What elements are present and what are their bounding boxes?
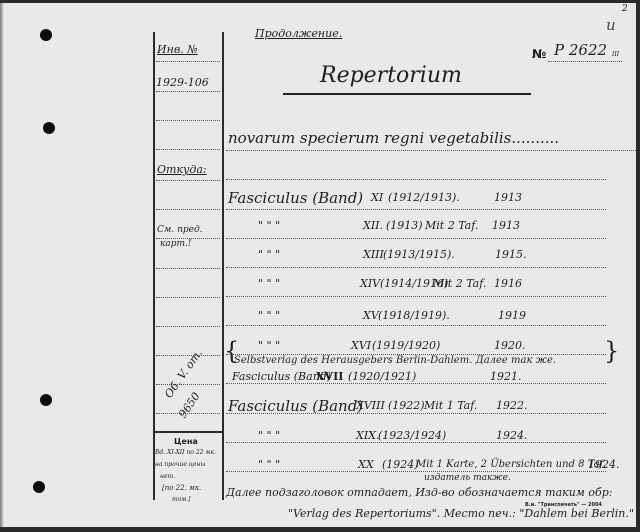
right-rule — [226, 267, 606, 268]
price-section-divider — [153, 431, 223, 433]
left-rule — [156, 297, 220, 298]
title: Repertorium — [320, 63, 462, 88]
left-rule — [156, 61, 220, 62]
footer-insert-note: издатель также. — [424, 473, 511, 483]
right-rule — [226, 383, 606, 384]
punch-hole-1 — [40, 29, 52, 41]
see-previous-note: См. пред. — [157, 225, 203, 235]
number-rule — [548, 61, 622, 62]
corner-page-mark: 2 — [622, 4, 628, 14]
right-rule — [226, 325, 606, 326]
right-rule — [226, 209, 606, 210]
inventory-label: Инв. № — [157, 43, 198, 56]
left-rule — [156, 209, 220, 210]
number-label: № — [532, 47, 546, 61]
price-note-5: том.] — [172, 496, 191, 503]
corner-mark: и — [606, 16, 616, 34]
punch-hole-3 — [40, 394, 52, 406]
price-label: Цена — [174, 437, 198, 446]
title-underline — [283, 93, 531, 95]
card-edge-shadow — [0, 3, 4, 527]
catalog-number: P 2622 — [554, 41, 607, 59]
see-previous-note-2: карт.! — [160, 239, 192, 249]
punch-hole-4 — [33, 481, 45, 493]
left-rule — [156, 149, 220, 150]
right-rule — [226, 442, 606, 443]
price-note-4: [по 22. мк. — [162, 484, 201, 492]
left-rule — [156, 120, 220, 121]
right-rule — [226, 150, 636, 151]
right-rule — [226, 296, 606, 297]
punch-hole-2 — [43, 122, 55, 134]
left-rule — [156, 180, 220, 181]
price-note-3: нет. — [160, 473, 175, 480]
left-rule — [156, 91, 220, 92]
continuation-note: Продолжение. — [255, 27, 342, 40]
publisher-note: Selbstverlag des Herausgebers Berlin-Dah… — [234, 355, 556, 366]
bracket-right: } — [604, 337, 619, 365]
right-rule — [226, 471, 606, 472]
left-rule — [156, 326, 220, 327]
catalog-number-suffix: III — [612, 51, 619, 58]
right-rule — [226, 238, 606, 239]
right-rule — [226, 179, 606, 180]
footer-note-line-2: "Verlag des Repertoriums". Место печ.: "… — [288, 507, 634, 520]
footer-note-line-1: Далее подзаголовок отпадает, Изд-во обоз… — [226, 486, 613, 499]
source-label: Откуда: — [157, 163, 207, 176]
left-column-border — [153, 32, 155, 500]
left-rule — [156, 268, 220, 269]
price-note-1: Bd. XI-XII по 22 мк. — [155, 449, 216, 456]
price-note-2: на прочие цены — [155, 461, 205, 468]
left-rule — [156, 384, 220, 385]
catalog-card: Продолжение. 2 и № P 2622 III Repertoriu… — [0, 3, 636, 527]
left-column-divider — [222, 32, 224, 500]
inventory-number: 1929-106 — [156, 76, 209, 89]
subtitle: novarum specierum regni vegetabilis.....… — [228, 129, 559, 147]
volume-stamp-number: 9650 — [176, 390, 203, 420]
